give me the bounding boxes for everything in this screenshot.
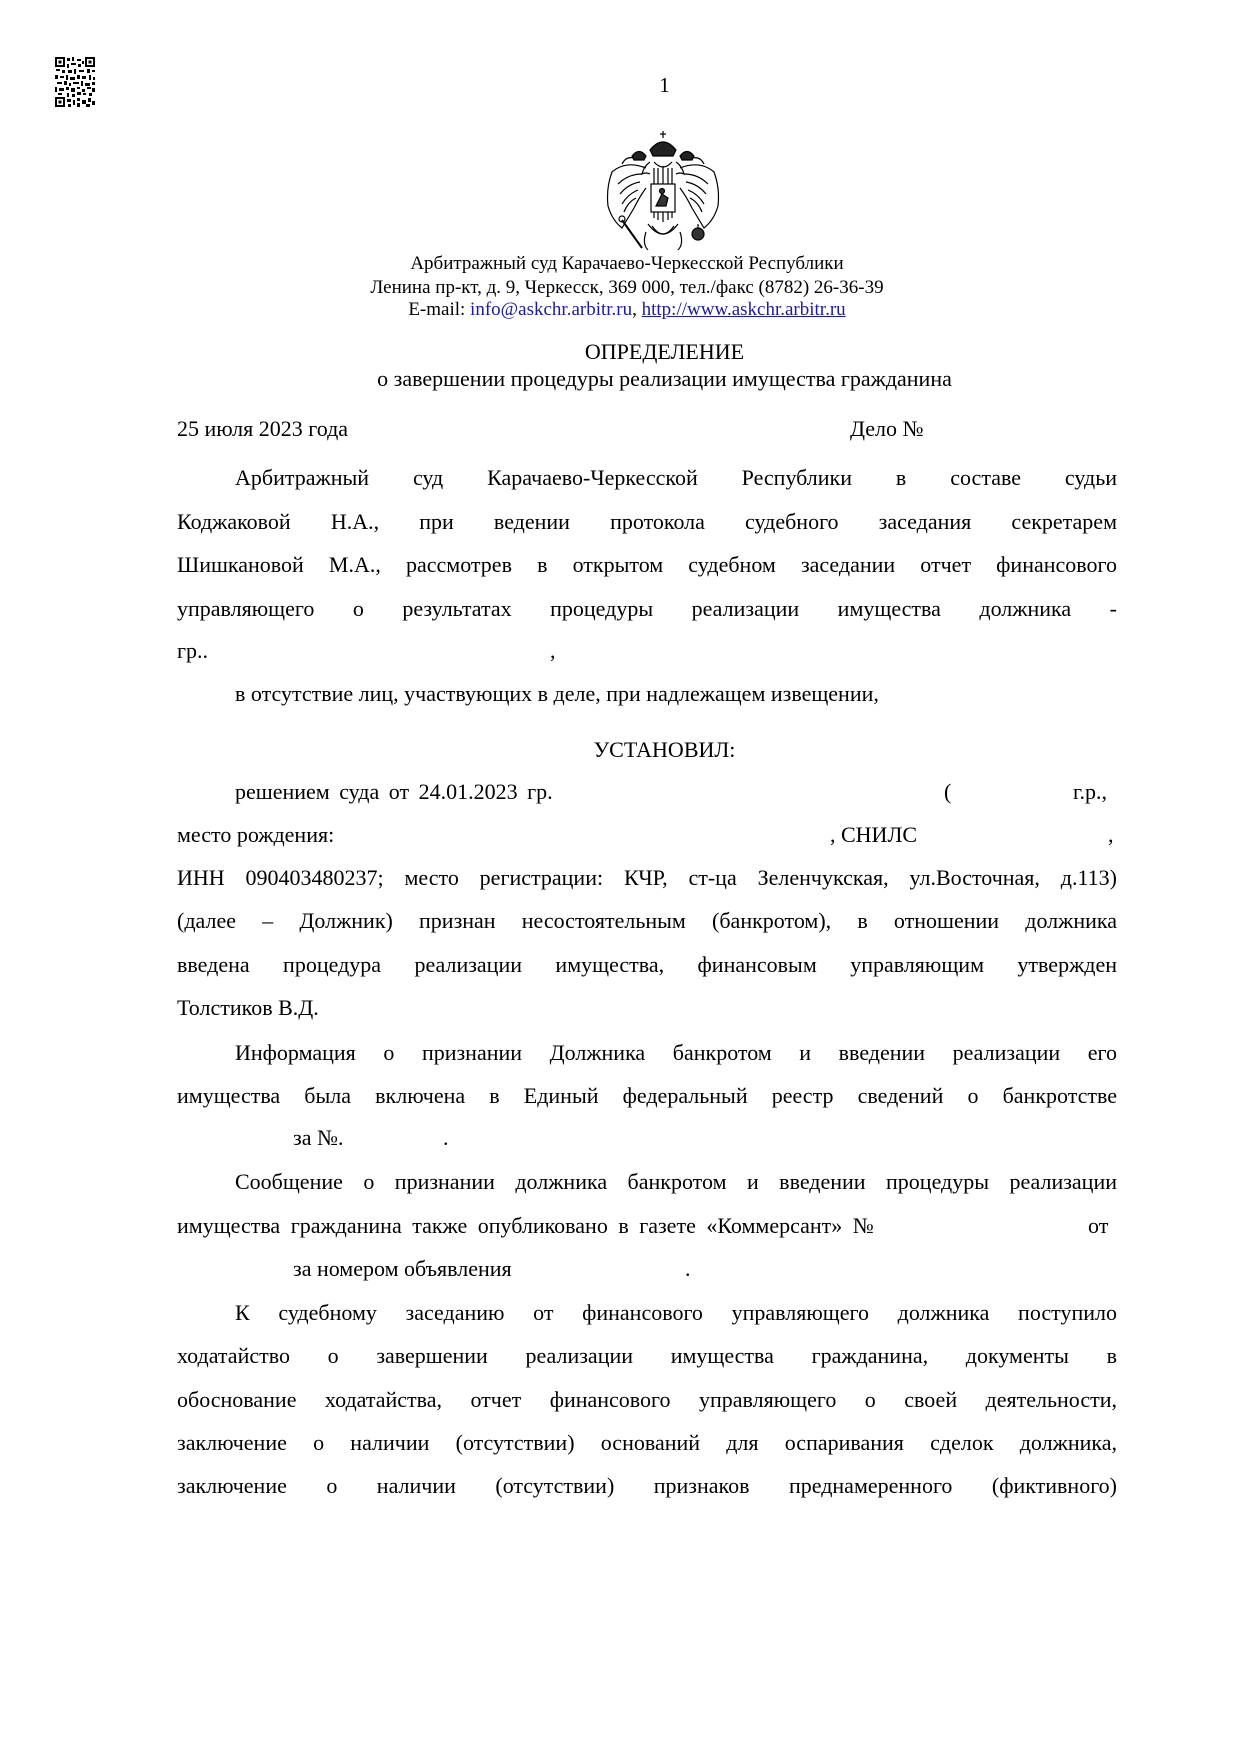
registry-line-2: имущества была включена в Единый федерал…: [177, 1083, 1117, 1109]
document-subject: о завершении процедуры реализации имущес…: [0, 366, 1241, 392]
russian-coat-of-arms-icon: [598, 128, 728, 258]
petition-line-5: заключение о наличии (отсутствии) призна…: [177, 1473, 1117, 1499]
newspaper-ad-label: за номером объявления: [293, 1256, 512, 1282]
court-name: Арбитражный суд Карачаево-Черкесской Рес…: [332, 252, 922, 276]
intro-line-1: Арбитражный суд Карачаево-Черкесской Рес…: [177, 465, 1117, 491]
decision-snils-label: , СНИЛС: [830, 822, 917, 848]
newspaper-line-2: имущества гражданина также опубликовано …: [177, 1213, 1117, 1239]
decision-birth-year: г.р.,: [1073, 779, 1107, 805]
registry-line-1: Информация о признании Должника банкрото…: [177, 1040, 1117, 1066]
decision-line-6: Толстиков В.Д.: [177, 995, 1117, 1021]
petition-line-2: ходатайство о завершении реализации имущ…: [177, 1343, 1117, 1369]
petition-line-3: обоснование ходатайства, отчет финансово…: [177, 1387, 1117, 1413]
document-date: 25 июля 2023 года: [177, 416, 1117, 442]
email-link[interactable]: info@askchr.arbitr.ru: [470, 299, 632, 320]
established-heading: УСТАНОВИЛ:: [0, 737, 1241, 763]
decision-paren: (: [944, 779, 951, 805]
contact-separator: ,: [632, 299, 642, 320]
page-number: 1: [0, 73, 1241, 98]
intro-line-3: Шишкановой М.А., рассмотрев в открытом с…: [177, 552, 1117, 578]
newspaper-line-1: Сообщение о признании должника банкротом…: [177, 1169, 1117, 1195]
newspaper-period: .: [685, 1256, 691, 1282]
court-address: Ленина пр-кт, д. 9, Черкесск, 369 000, т…: [332, 276, 922, 300]
decision-birthplace-label: место рождения:: [177, 822, 1117, 848]
decision-line-3: ИНН 090403480237; место регистрации: КЧР…: [177, 865, 1117, 891]
court-contacts: E-mail: info@askchr.arbitr.ru, http://ww…: [332, 298, 922, 322]
website-link[interactable]: http://www.askchr.arbitr.ru: [642, 299, 846, 320]
registry-period: .: [443, 1125, 449, 1151]
petition-line-1: К судебному заседанию от финансового упр…: [177, 1300, 1117, 1326]
intro-line-5: гр..: [177, 638, 1117, 664]
document-type: ОПРЕДЕЛЕНИЕ: [0, 339, 1241, 365]
email-label: E-mail:: [408, 299, 470, 320]
newspaper-from: от: [1088, 1213, 1108, 1239]
decision-line-4: (далее – Должник) признан несостоятельны…: [177, 908, 1117, 934]
decision-snils-comma: ,: [1108, 822, 1114, 848]
petition-line-4: заключение о наличии (отсутствии) основа…: [177, 1430, 1117, 1456]
decision-line-1: решением суда от 24.01.2023 гр.: [177, 779, 1117, 805]
absence-line: в отсутствие лиц, участвующих в деле, пр…: [177, 681, 1117, 707]
case-number-label: Дело №: [850, 416, 924, 442]
intro-line-2: Коджаковой Н.А., при ведении протокола с…: [177, 509, 1117, 535]
intro-line-5-comma: ,: [550, 638, 556, 664]
intro-line-4: управляющего о результатах процедуры реа…: [177, 596, 1117, 622]
decision-line-5: введена процедура реализации имущества, …: [177, 952, 1117, 978]
registry-number-label: за №.: [293, 1125, 343, 1151]
